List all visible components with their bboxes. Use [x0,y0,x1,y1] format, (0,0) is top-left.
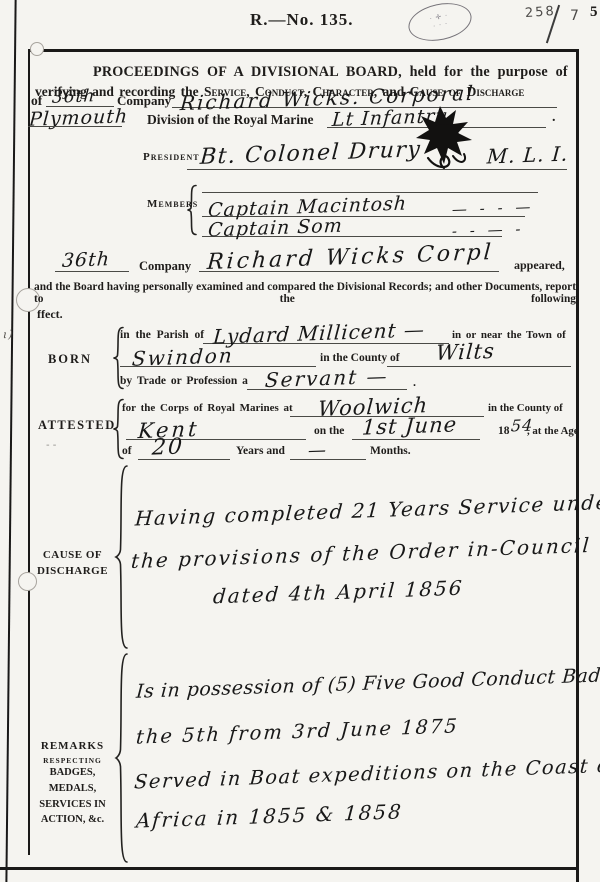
president-entry: Bt. Colonel Drury [199,137,422,170]
parish-label: in the Parish of [120,329,204,341]
remarks-label-line4: MEDALS, [35,783,110,794]
years-label: Years and [236,445,285,457]
discharge-entry-line3: dated 4th April 1856 [212,576,464,609]
board-line: and the Board having personally examined… [34,281,576,305]
attest-date-entry: 1st June [361,412,458,439]
appear-name-entry: Richard Wicks Corpl [206,240,494,275]
box-border-top [28,49,578,52]
margin-dashes: ‐ ‐ [46,440,56,451]
discharge-label-line1: CAUSE OF [35,549,110,561]
board-line2: ffect. [37,307,63,322]
discharge-entry-line2: the provisions of the Order in-Council [130,533,591,573]
line4-period: . [552,110,556,126]
months-label: Months. [370,445,411,457]
trade-period: . [413,375,416,390]
remarks-brace [114,652,129,864]
ink-blot [398,96,482,180]
attested-label: ATTESTED [38,418,103,433]
president-label: President [143,151,200,163]
on-the-label: on the [314,425,344,437]
born-label: BORN [40,352,100,367]
intro-line1: PROCEEDINGS OF A DIVISIONAL BOARD, held … [93,64,568,81]
page-edge-line [5,0,16,882]
age-label: , at the Age [527,425,579,437]
member2-dashes: - - — - [451,220,525,241]
attest-county-label: in the County of [488,402,563,414]
remarks-label-line3: BADGES, [35,767,110,778]
born-county-label: in the County of [320,352,400,364]
members-brace [186,184,198,236]
division-line [28,126,122,127]
box-border-bottom [0,867,578,870]
trade-entry: Servant — [264,364,389,392]
president-line [187,169,567,170]
remarks-label-line1: REMARKS [35,740,110,752]
discharge-brace [114,464,129,650]
member2-entry: Captain Som [207,215,343,242]
remarks-entry-line2: the 5th from 3rd June 1875 [135,714,459,748]
page-number: 5 [590,4,598,21]
document-page: R.—No. 135. · ✛ ·· · · 258 7 5 PROCEEDIN… [0,0,600,882]
remarks-label-line2: RESPECTING [35,756,110,765]
remarks-entry-line4: Africa in 1855 & 1858 [135,799,403,832]
age-entry: 20 [151,434,185,460]
months-entry: — [307,440,327,462]
folio-number-left: 258 [525,4,557,21]
appear-company-entry: 36th [61,248,111,272]
born-county-entry: Wilts [435,339,496,365]
discharge-entry-line1: Having completed 21 Years Service under [134,489,600,530]
box-border-left [28,49,30,855]
attest-of-label: of [122,445,132,457]
margin-mark: ι) [3,328,15,341]
remarks-entry-line3: Served in Boat expeditions on the Coast … [133,754,600,794]
stamp-marks: · ✛ ·· · · [429,13,451,32]
trade-label: by Trade or Profession a [120,375,248,387]
division-label: Division of the Royal Marine [147,112,314,128]
form-number: R.—No. 135. [250,10,354,30]
corps-label: for the Corps of Royal Marines at [122,402,293,414]
member1-dashes: — - - — [451,198,535,219]
born-county-line [387,366,571,367]
remarks-label-line6: ACTION, &c. [35,814,110,825]
appeared-label: appeared, [514,258,565,273]
punch-hole [30,42,44,56]
of-label: of [31,93,42,109]
oval-stamp: · ✛ ·· · · [405,0,475,46]
appear-company-label: Company [139,259,191,274]
town-entry: Swindon [131,343,234,371]
months-line [290,459,366,460]
year-prefix: 18 [498,425,510,437]
discharge-label-line2: DISCHARGE [35,565,110,577]
remarks-entry-line1: Is in possession of (5) Five Good Conduc… [135,663,600,703]
president-corps-entry: M. L. I. [486,142,569,169]
company-number-entry: 36th [51,86,96,108]
remarks-label-line5: SERVICES IN [35,799,110,810]
folio-number-right: 7 [570,8,579,24]
